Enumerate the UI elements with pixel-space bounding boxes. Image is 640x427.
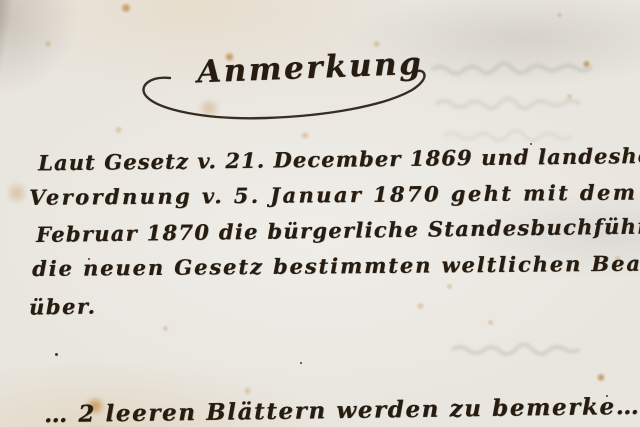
foxing-stain: [556, 12, 563, 18]
foxing-stain: [446, 283, 453, 290]
handwritten-line-partial-bottom: … 2 leeren Blättern werden zu bemerke…: [44, 393, 640, 427]
foxing-stain: [582, 60, 591, 68]
foxing-stain: [120, 3, 132, 13]
foxing-stain: [243, 387, 252, 395]
foxing-stain: [416, 302, 425, 310]
ink-speck: [300, 362, 302, 364]
handwritten-line-4: die neuen Gesetz bestimmten weltlichen B…: [32, 250, 640, 281]
foxing-stain: [487, 319, 494, 326]
handwritten-line-2-text: Verordnung v. 5. Januar 1870 geht mit de…: [29, 179, 640, 210]
handwritten-line-2: Verordnung v. 5. Januar 1870 geht mit de…: [29, 179, 640, 210]
ink-bleed-through-lower: [450, 330, 630, 370]
handwritten-line-1: Laut Gesetz v. 21. December 1869 und lan…: [38, 142, 640, 176]
foxing-stain: [114, 126, 123, 134]
ink-speck: [55, 353, 58, 356]
ink-bleed-through: [430, 52, 635, 152]
foxing-stain: [8, 180, 26, 206]
handwritten-line-3: Februar 1870 die bürgerliche Standesbuch…: [36, 212, 640, 247]
document-page: Anmerkung Laut Gesetz v. 21. December 18…: [0, 0, 640, 427]
foxing-stain: [566, 93, 573, 100]
foxing-stain: [162, 325, 169, 332]
handwritten-line-5: über.: [29, 293, 97, 319]
flourish-underline: [136, 62, 436, 132]
foxing-stain: [300, 131, 310, 140]
foxing-stain: [596, 373, 606, 382]
foxing-stain: [44, 40, 52, 48]
